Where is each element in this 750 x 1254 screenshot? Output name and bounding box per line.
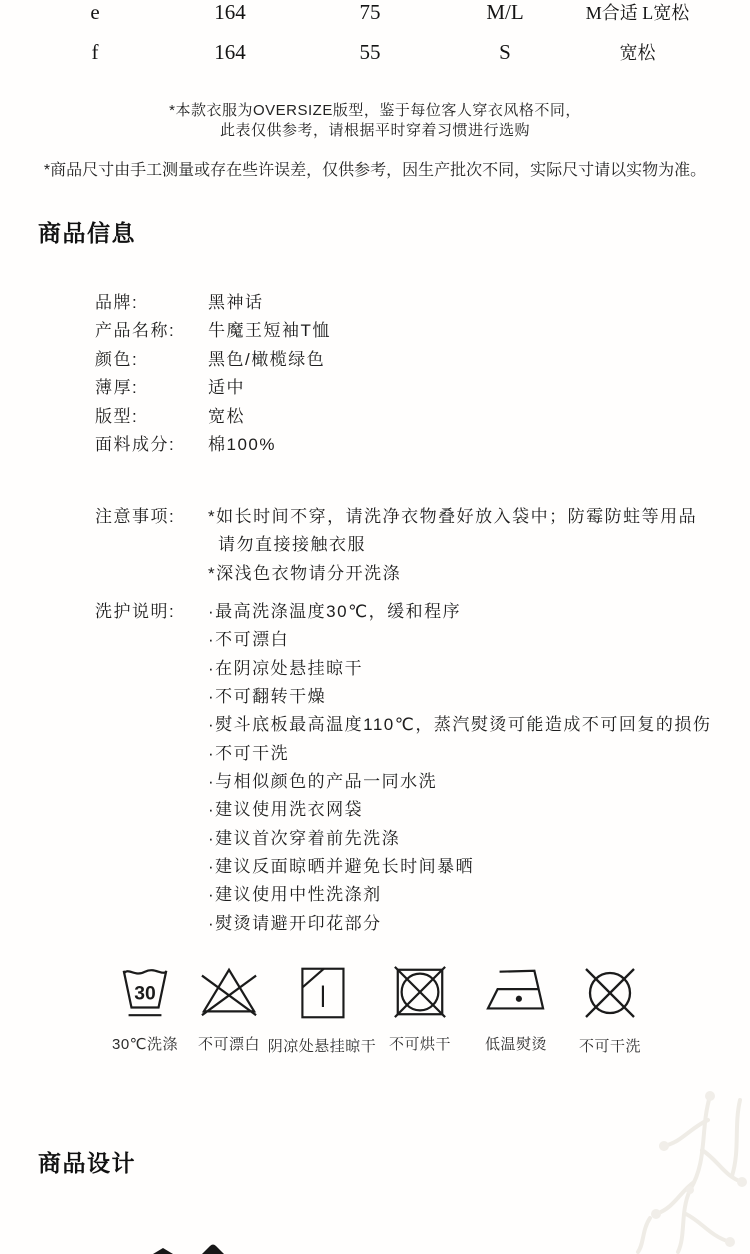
branch-decoration <box>590 1090 750 1254</box>
care-item: ·最高洗涤温度30℃，缓和程序 <box>208 598 728 626</box>
info-row-fit: 版型: 宽松 <box>95 403 331 431</box>
low-iron-icon <box>484 963 548 1021</box>
size-cell: 164 <box>160 0 300 25</box>
oversize-note-line1: *本款衣服为OVERSIZE版型，鉴于每位客人穿衣风格不同， <box>0 101 750 121</box>
care-icons-row: 30 30℃洗涤 不可漂白 阴凉处悬挂晾干 <box>0 963 750 1068</box>
size-cell: 164 <box>160 40 300 65</box>
oversize-note-line2: 此表仅供参考，请根据平时穿着习惯进行选购 <box>0 121 750 141</box>
care-icon-item: 不可干洗 <box>550 963 670 1056</box>
info-label: 品牌: <box>95 289 208 317</box>
care-item: ·不可翻转干燥 <box>208 683 728 711</box>
info-value: 黑神话 <box>208 289 264 317</box>
info-value: 牛魔王短袖T恤 <box>208 317 331 345</box>
care-item: ·建议反面晾晒并避免长时间暴晒 <box>208 853 728 881</box>
product-info-list: 品牌: 黑神话 产品名称: 牛魔王短袖T恤 颜色: 黑色/橄榄绿色 薄厚: 适中… <box>95 289 331 459</box>
table-row: f 164 55 S 宽松 <box>0 32 750 72</box>
cutoff-image-peaks <box>0 1242 750 1254</box>
care-item: ·不可漂白 <box>208 626 728 654</box>
care-label: 洗护说明: <box>95 598 175 626</box>
notice-item: *如长时间不穿，请洗净衣物叠好放入袋中；防霉防蛀等用品请勿直接接触衣服 <box>208 503 708 560</box>
info-label: 薄厚: <box>95 374 208 402</box>
info-label: 面料成分: <box>95 431 208 459</box>
info-row-product-name: 产品名称: 牛魔王短袖T恤 <box>95 317 331 345</box>
info-row-thickness: 薄厚: 适中 <box>95 374 331 402</box>
info-value: 宽松 <box>208 403 245 431</box>
info-value: 棉100% <box>208 431 276 459</box>
product-info-heading: 商品信息 <box>38 218 136 248</box>
care-item: ·建议使用洗衣网袋 <box>208 796 728 824</box>
notices-section: 注意事项: *如长时间不穿，请洗净衣物叠好放入袋中；防霉防蛀等用品请勿直接接触衣… <box>95 503 708 588</box>
size-cell: 75 <box>300 0 440 25</box>
wash-30-icon: 30 <box>116 963 174 1021</box>
care-section: 洗护说明: ·最高洗涤温度30℃，缓和程序 ·不可漂白 ·在阴凉处悬挂晾干 ·不… <box>95 598 728 938</box>
size-cell: M合适 L宽松 <box>570 0 750 25</box>
product-detail-page: e 164 75 M/L M合适 L宽松 f 164 55 S 宽松 *本款衣服… <box>0 0 750 1254</box>
shade-hang-dry-icon <box>294 963 350 1023</box>
size-cell: M/L <box>440 0 570 25</box>
info-label: 颜色: <box>95 346 208 374</box>
care-icon-label: 不可干洗 <box>550 1038 670 1056</box>
care-item: ·与相似颜色的产品一同水洗 <box>208 768 728 796</box>
care-item: ·熨烫请避开印花部分 <box>208 910 728 938</box>
no-bleach-icon <box>200 963 258 1021</box>
info-row-color: 颜色: 黑色/橄榄绿色 <box>95 346 331 374</box>
table-row: e 164 75 M/L M合适 L宽松 <box>0 0 750 32</box>
care-body: ·最高洗涤温度30℃，缓和程序 ·不可漂白 ·在阴凉处悬挂晾干 ·不可翻转干燥 … <box>208 598 728 938</box>
measurement-disclaimer: *商品尺寸由手工测量或存在些许误差，仅供参考，因生产批次不同，实际尺寸请以实物为… <box>0 161 750 181</box>
info-value: 适中 <box>208 374 245 402</box>
size-cell: S <box>440 40 570 65</box>
notices-body: *如长时间不穿，请洗净衣物叠好放入袋中；防霉防蛀等用品请勿直接接触衣服 *深浅色… <box>208 503 708 588</box>
info-row-brand: 品牌: 黑神话 <box>95 289 331 317</box>
svg-text:30: 30 <box>134 984 156 1005</box>
info-label: 产品名称: <box>95 317 208 345</box>
notice-item: *深浅色衣物请分开洗涤 <box>208 560 708 588</box>
care-item: ·建议使用中性洗涤剂 <box>208 881 728 909</box>
care-item: ·建议首次穿着前先洗涤 <box>208 825 728 853</box>
care-item: ·在阴凉处悬挂晾干 <box>208 655 728 683</box>
care-item: ·熨斗底板最高温度110℃，蒸汽熨烫可能造成不可回复的损伤 <box>208 711 728 739</box>
no-tumble-dry-icon <box>391 963 449 1021</box>
no-dry-clean-icon <box>580 963 640 1023</box>
info-row-fabric: 面料成分: 棉100% <box>95 431 331 459</box>
size-cell: f <box>0 40 160 65</box>
size-cell: 55 <box>300 40 440 65</box>
size-cell: e <box>0 0 160 25</box>
notices-label: 注意事项: <box>95 503 175 531</box>
info-value: 黑色/橄榄绿色 <box>208 346 325 374</box>
size-cell: 宽松 <box>570 39 750 65</box>
care-item: ·不可干洗 <box>208 740 728 768</box>
oversize-note: *本款衣服为OVERSIZE版型，鉴于每位客人穿衣风格不同， 此表仅供参考，请根… <box>0 101 750 140</box>
size-table-partial: e 164 75 M/L M合适 L宽松 f 164 55 S 宽松 <box>0 0 750 72</box>
info-label: 版型: <box>95 403 208 431</box>
product-design-heading: 商品设计 <box>38 1148 136 1178</box>
